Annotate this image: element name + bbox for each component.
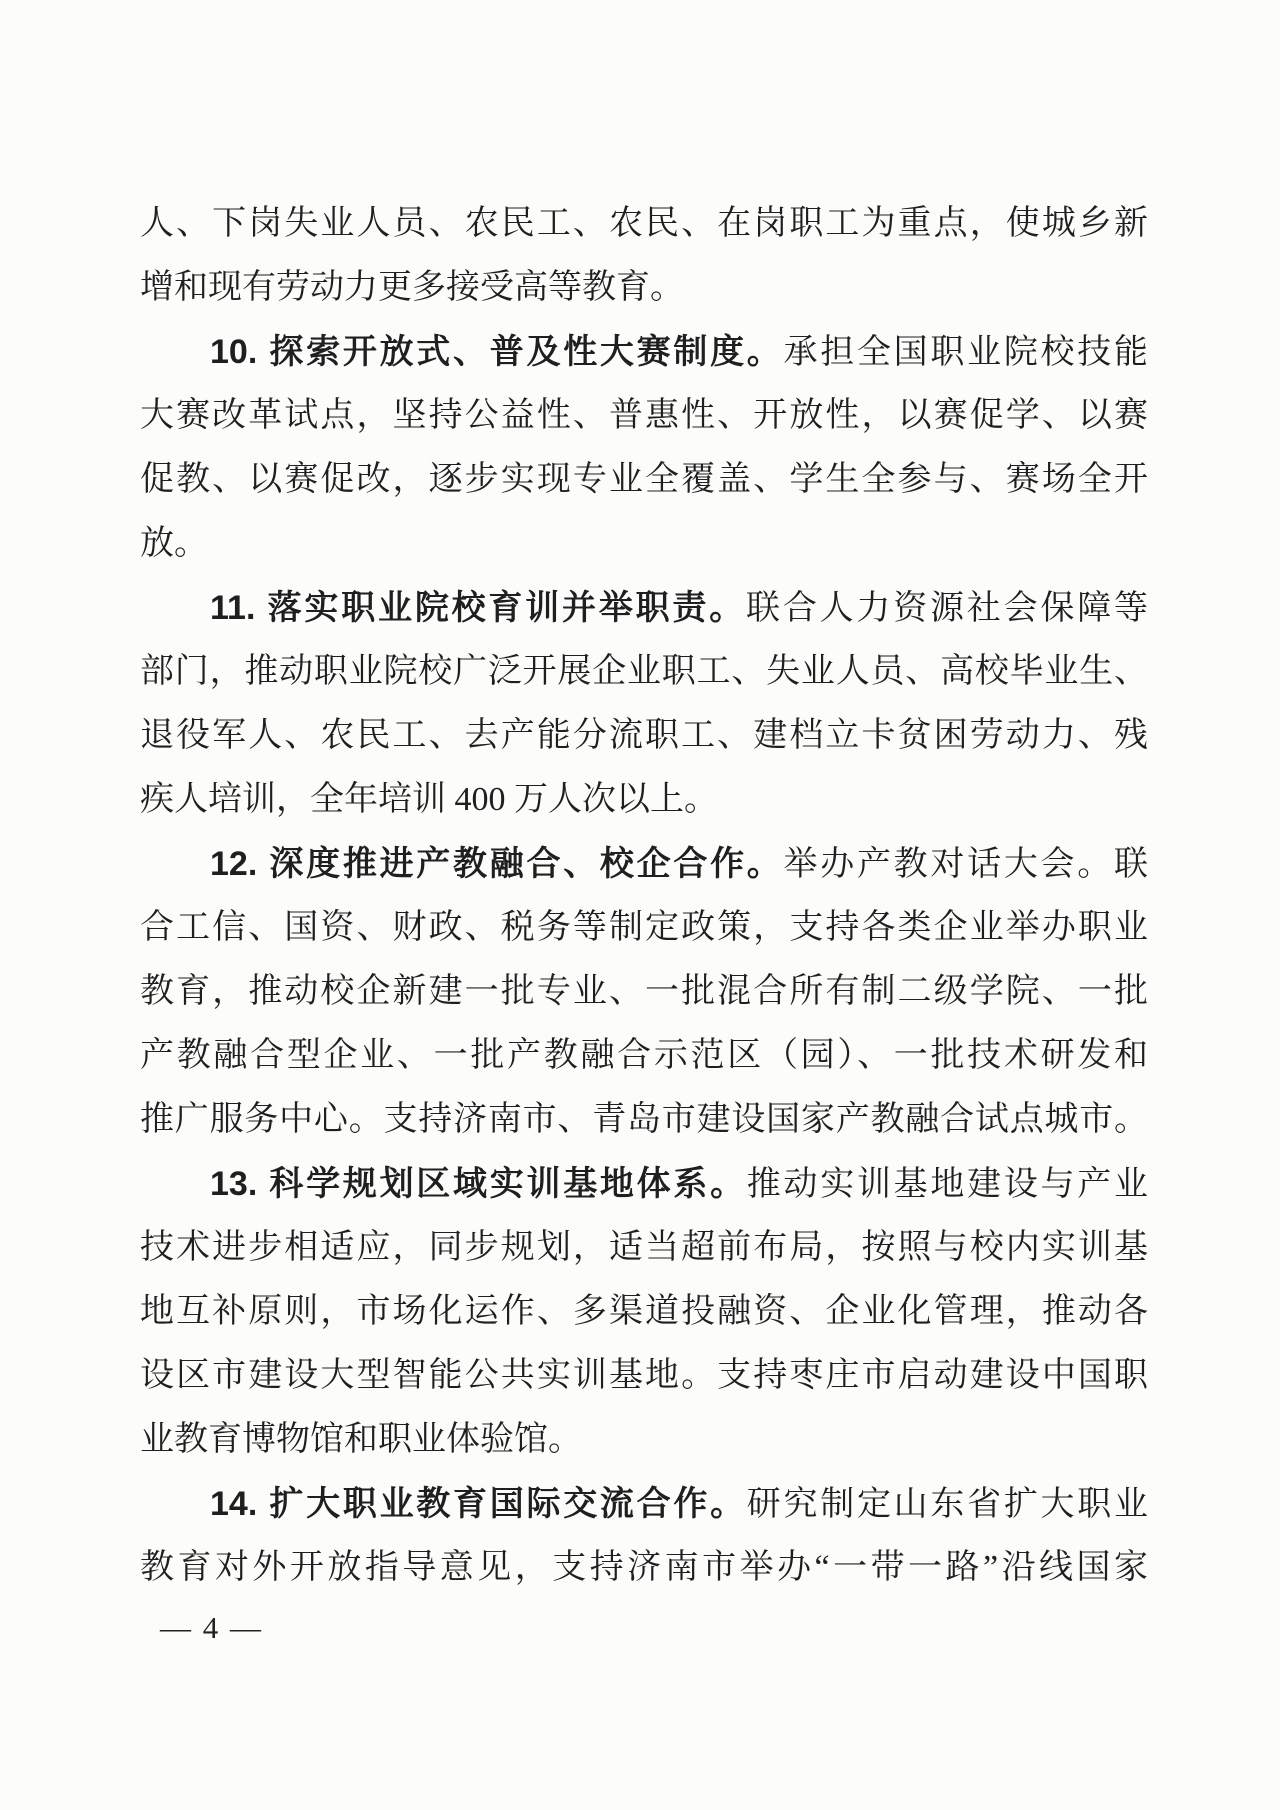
text-line: 大赛改革试点，坚持公益性、普惠性、开放性，以赛促学、以赛 [140, 384, 1148, 448]
paragraph-text-run: 举办产教对话大会。联 [784, 846, 1148, 883]
paragraph-text-run: 促教、以赛促改，逐步实现专业全覆盖、学生全参与、赛场全开 [140, 461, 1148, 498]
document-page: 人、下岗失业人员、农民工、农民、在岗职工为重点，使城乡新增和现有劳动力更多接受高… [0, 0, 1280, 1810]
text-line: 退役军人、农民工、去产能分流职工、建档立卡贫困劳动力、残 [140, 704, 1148, 768]
paragraph-text-run: 教育对外开放指导意见，支持济南市举办“一带一路”沿线国家 [140, 1549, 1148, 1586]
text-line: 技术进步相适应，同步规划，适当超前布局，按照与校内实训基 [140, 1216, 1148, 1280]
paragraph-text-run: 合工信、国资、财政、税务等制定政策，支持各类企业举办职业 [140, 909, 1148, 946]
paragraph-text-run: 推动实训基地建设与产业 [747, 1166, 1148, 1203]
paragraph-heading-run: 10. 探索开放式、普及性大赛制度。 [210, 333, 784, 371]
text-line: 12. 深度推进产教融合、校企合作。举办产教对话大会。联 [140, 832, 1148, 896]
paragraph-text-run: 业教育博物馆和职业体验馆。 [140, 1421, 582, 1458]
paragraph-heading-run: 12. 深度推进产教融合、校企合作。 [210, 845, 784, 883]
text-line: 部门，推动职业院校广泛开展企业职工、失业人员、高校毕业生、 [140, 640, 1148, 704]
text-line: 设区市建设大型智能公共实训基地。支持枣庄市启动建设中国职 [140, 1344, 1148, 1408]
paragraph-heading-run: 14. 扩大职业教育国际交流合作。 [210, 1485, 747, 1523]
paragraph-text-run: 大赛改革试点，坚持公益性、普惠性、开放性，以赛促学、以赛 [140, 397, 1148, 434]
text-line: 产教融合型企业、一批产教融合示范区（园）、一批技术研发和 [140, 1024, 1148, 1088]
paragraph-text-run: 部门，推动职业院校广泛开展企业职工、失业人员、高校毕业生、 [140, 653, 1148, 690]
paragraph-text-run: 疾人培训，全年培训 400 万人次以上。 [140, 781, 718, 818]
paragraph-text-run: 地互补原则，市场化运作、多渠道投融资、企业化管理，推动各 [140, 1293, 1148, 1330]
text-line: 11. 落实职业院校育训并举职责。联合人力资源社会保障等 [140, 576, 1148, 640]
document-body: 人、下岗失业人员、农民工、农民、在岗职工为重点，使城乡新增和现有劳动力更多接受高… [140, 192, 1148, 1600]
paragraph-text-run: 教育，推动校企新建一批专业、一批混合所有制二级学院、一批 [140, 973, 1148, 1010]
paragraph-text-run: 承担全国职业院校技能 [784, 334, 1148, 371]
paragraph-text-run: 人、下岗失业人员、农民工、农民、在岗职工为重点，使城乡新 [140, 205, 1148, 242]
text-line: 13. 科学规划区域实训基地体系。推动实训基地建设与产业 [140, 1152, 1148, 1216]
paragraph-text-run: 放。 [140, 525, 208, 562]
paragraph-text-run: 增和现有劳动力更多接受高等教育。 [140, 269, 684, 306]
paragraph-heading-run: 13. 科学规划区域实训基地体系。 [210, 1165, 747, 1203]
text-line: 教育，推动校企新建一批专业、一批混合所有制二级学院、一批 [140, 960, 1148, 1024]
paragraph-text-run: 技术进步相适应，同步规划，适当超前布局，按照与校内实训基 [140, 1229, 1148, 1266]
text-line: 教育对外开放指导意见，支持济南市举办“一带一路”沿线国家 [140, 1536, 1148, 1600]
paragraph-text-run: 推广服务中心。支持济南市、青岛市建设国家产教融合试点城市。 [140, 1101, 1148, 1138]
text-line: 推广服务中心。支持济南市、青岛市建设国家产教融合试点城市。 [140, 1088, 1148, 1152]
paragraph-text-run: 联合人力资源社会保障等 [746, 590, 1148, 627]
text-line: 业教育博物馆和职业体验馆。 [140, 1408, 1148, 1472]
text-line: 地互补原则，市场化运作、多渠道投融资、企业化管理，推动各 [140, 1280, 1148, 1344]
page-number: — 4 — [160, 1608, 263, 1648]
text-line: 促教、以赛促改，逐步实现专业全覆盖、学生全参与、赛场全开 [140, 448, 1148, 512]
text-line: 增和现有劳动力更多接受高等教育。 [140, 256, 1148, 320]
text-line: 疾人培训，全年培训 400 万人次以上。 [140, 768, 1148, 832]
text-line: 14. 扩大职业教育国际交流合作。研究制定山东省扩大职业 [140, 1472, 1148, 1536]
text-line: 人、下岗失业人员、农民工、农民、在岗职工为重点，使城乡新 [140, 192, 1148, 256]
paragraph-text-run: 产教融合型企业、一批产教融合示范区（园）、一批技术研发和 [140, 1037, 1148, 1074]
paragraph-text-run: 退役军人、农民工、去产能分流职工、建档立卡贫困劳动力、残 [140, 717, 1148, 754]
paragraph-text-run: 设区市建设大型智能公共实训基地。支持枣庄市启动建设中国职 [140, 1357, 1148, 1394]
paragraph-heading-run: 11. 落实职业院校育训并举职责。 [210, 589, 746, 627]
paragraph-text-run: 研究制定山东省扩大职业 [747, 1486, 1148, 1523]
text-line: 10. 探索开放式、普及性大赛制度。承担全国职业院校技能 [140, 320, 1148, 384]
text-line: 合工信、国资、财政、税务等制定政策，支持各类企业举办职业 [140, 896, 1148, 960]
text-line: 放。 [140, 512, 1148, 576]
